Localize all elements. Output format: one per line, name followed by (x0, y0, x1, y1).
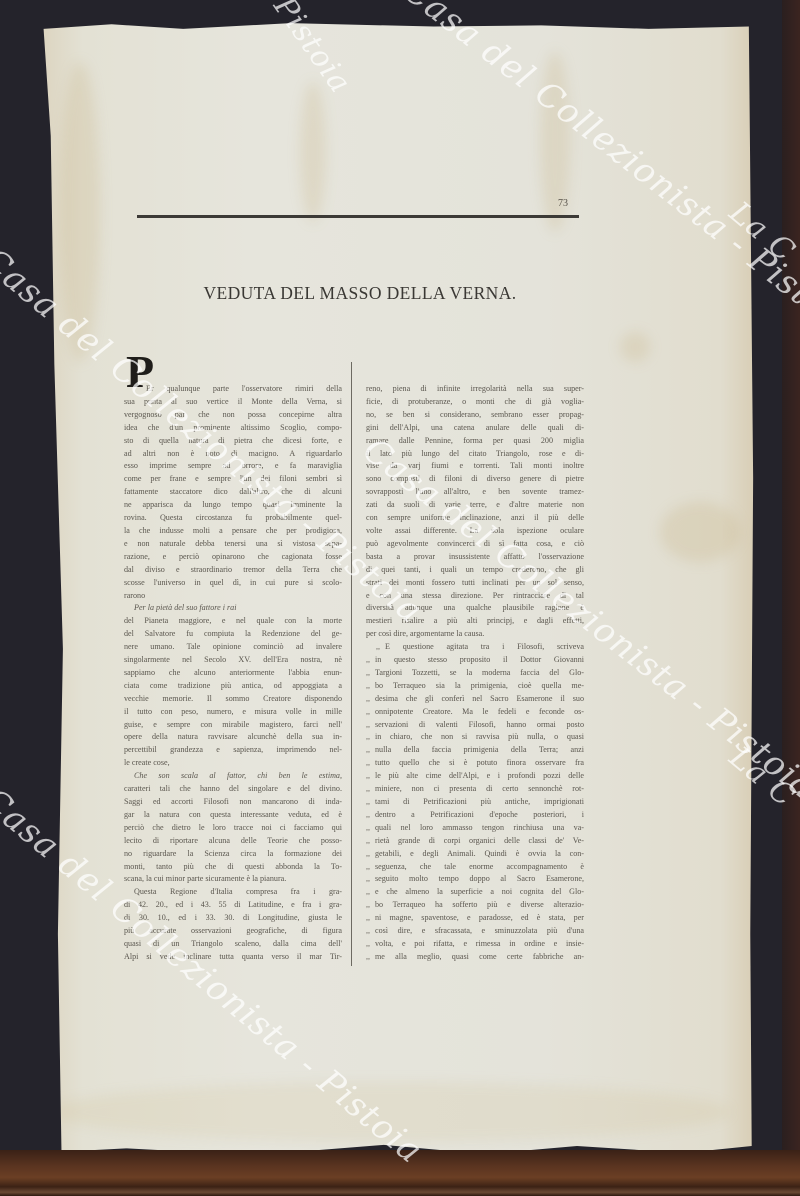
quotation-mark: ,, (366, 951, 375, 964)
text-line: ,,quali nel loro ammasso tengon rinchius… (366, 822, 584, 835)
text-line-content: getabili, e degli Animali. Quindi è ovvi… (375, 849, 584, 858)
text-line-content: caratteri tali che hanno del singolare e… (124, 784, 342, 793)
text-line: può agevolmente convincerci di sì fatta … (366, 538, 584, 551)
text-line: quasi di un Triangolo scaleno, dalla cim… (124, 938, 342, 951)
text-line-content: monti, tanto più che di questi abbonda l… (124, 862, 342, 871)
text-line: ,,bo Terraqueo sia la primigenia, cioè q… (366, 680, 584, 693)
quotation-mark: ,, (366, 731, 375, 744)
quotation-mark: ,, (366, 835, 375, 848)
text-line-content: bo Terraqueo sia la primigenia, cioè que… (375, 681, 584, 690)
text-line: Che son scala al fattor, chi ben le esti… (124, 770, 342, 783)
text-line-content: dal diviso e straordinario tremor della … (124, 565, 342, 574)
quotation-mark: ,, (366, 667, 375, 680)
text-line: ,,ni magne, spaventose, e paradosse, ed … (366, 912, 584, 925)
text-line-content: percettibil grandezza e sapienza, imprim… (124, 745, 342, 754)
text-line: fattamente staccatore dico dall'altro, c… (124, 486, 342, 499)
text-line: Per la pietà del suo fattore i rai (124, 602, 342, 615)
text-line: ficie, di protuberanze, o monti che di g… (366, 396, 584, 409)
text-line-content: Che son scala al fattor, chi ben le esti… (134, 771, 342, 780)
text-line: rarono (124, 590, 342, 603)
text-line: ,,volta, e poi rifatta, e rimessa in ord… (366, 938, 584, 951)
quotation-mark: ,, (366, 719, 375, 732)
text-line-content: rovina. Questa circostanza fu probabilme… (124, 513, 342, 522)
text-line-content: Questa Regione d'Italia compresa fra i g… (134, 887, 342, 896)
page-title: VEDUTA DEL MASSO DELLA VERNA. (130, 283, 590, 304)
text-line: nere umano. Tale opinione cominciò ad in… (124, 641, 342, 654)
left-text-column: Er qualunque parte l'osservatore rimiri … (124, 383, 342, 964)
text-line: Saggi ed accorti Filosofi non mancarono … (124, 796, 342, 809)
text-line-content: onnipotente Creatore. Ma le fedeli e fec… (375, 707, 584, 716)
text-line: ,,seguenza, che tale enorme accompagname… (366, 861, 584, 874)
text-line-content: esso imprime sempre ad orrore, e fa mara… (124, 461, 342, 470)
text-line: ,,dentro a Petrificazioni d'epoche poste… (366, 809, 584, 822)
text-line-content: guise, e sempre con mirabile magistero, … (124, 720, 342, 729)
right-text-column: reno, piena di infinite irregolarità nel… (366, 383, 584, 964)
text-line-content: Targioni Tozzetti, se la moderna faccia … (375, 668, 584, 677)
quotation-mark: ,, (366, 861, 375, 874)
quotation-mark: ,, (366, 770, 375, 783)
text-line-content: il lato più lungo del citato Triangolo, … (366, 449, 584, 458)
text-line: rovina. Questa circostanza fu probabilme… (124, 512, 342, 525)
text-line: ,,servazioni di valenti Filosofi, hanno … (366, 719, 584, 732)
quotation-mark: ,, (366, 809, 375, 822)
text-line-content: me alla meglio, quasi come certe fabbric… (375, 952, 584, 961)
text-line-content: e che almeno la superficie a noi cognita… (375, 887, 584, 896)
text-line: ,,in chiaro, che non si ravvisa più null… (366, 731, 584, 744)
text-line-content: lecito di riportare alcuna delle Teorie … (124, 836, 342, 845)
text-line: ,,nulla della faccia primigenia della Te… (366, 744, 584, 757)
text-line: scana, la cui minor parte sicuramente è … (124, 873, 342, 886)
text-line: del Pianeta maggiore, e nel quale con la… (124, 615, 342, 628)
text-line-content: rarono (124, 591, 145, 600)
text-line: di quei tanti, i quali un tempo crederon… (366, 564, 584, 577)
text-line: sto di quella natura di pietra che dices… (124, 435, 342, 448)
text-line: ad altri non è noto di macigno. A riguar… (124, 448, 342, 461)
text-line-content: miniere, non ci presenta di certo sennon… (375, 784, 584, 793)
text-line: le create cose, (124, 757, 342, 770)
text-line-content: idea che d'un prominente altissimo Scogl… (124, 423, 342, 432)
text-line-content: fattamente staccatore dico dall'altro, c… (124, 487, 342, 496)
text-line-content: no, se ben si considerano, sembrano esse… (366, 410, 584, 419)
quotation-mark: ,, (366, 848, 375, 861)
text-line: razione, e perciò opinarono che cagionat… (124, 551, 342, 564)
text-line-content: perciò che dietro le loro tracce noi ci … (124, 823, 342, 832)
text-line: ,,desima che gli conferì nel Sacro Esame… (366, 693, 584, 706)
text-line-content: la che indusse molti a pensare che per p… (124, 526, 342, 535)
text-line-content: ciata come tradizione più antica, od app… (124, 681, 342, 690)
text-line: idea che d'un prominente altissimo Scogl… (124, 422, 342, 435)
text-line-content: gini dell'Alpi, una catena anulare delle… (366, 423, 584, 432)
text-line: per così dire, argomentarne la causa. (366, 628, 584, 641)
page-content: 73 VEDUTA DEL MASSO DELLA VERNA. P Er qu… (0, 0, 800, 1196)
text-line-content: sto di quella natura di pietra che dices… (124, 436, 342, 445)
text-line-content: Per la pietà del suo fattore i rai (134, 603, 236, 612)
quotation-mark: ,, (366, 822, 375, 835)
quotation-mark: ,, (366, 757, 375, 770)
text-line-content: ad altri non è noto di macigno. A riguar… (124, 449, 342, 458)
text-line: mestieri risalire a più alti principj, e… (366, 615, 584, 628)
text-line: la che indusse molti a pensare che per p… (124, 525, 342, 538)
text-line: e con una stessa direzione. Per rintracc… (366, 590, 584, 603)
text-line-content: scosse l'universo in quel dì, in cui pur… (124, 578, 342, 587)
text-line-content: opere della natura ravvisare alcunchè de… (124, 732, 342, 741)
text-line: esso imprime sempre ad orrore, e fa mara… (124, 460, 342, 473)
text-line: più accurate osservazioni geografiche, d… (124, 925, 342, 938)
text-line-content: così dire, e sfracassata, e sminuzzolata… (375, 926, 584, 935)
text-line-content: servazioni di valenti Filosofi, hanno or… (375, 720, 584, 729)
text-line-content: bo Terraqueo ha sofferto più e diverse a… (375, 900, 584, 909)
header-rule (137, 215, 579, 218)
text-line-content: singolarmente nel Secolo XV. dell'Era no… (124, 655, 342, 664)
text-line: caratteri tali che hanno del singolare e… (124, 783, 342, 796)
text-line: ,,getabili, e degli Animali. Quindi è ov… (366, 848, 584, 861)
text-line: ,,le più alte cime dell'Alpi, e i profon… (366, 770, 584, 783)
text-line: singolarmente nel Secolo XV. dell'Era no… (124, 654, 342, 667)
text-line: dal diviso e straordinario tremor della … (124, 564, 342, 577)
text-line-content: per così dire, argomentarne la causa. (366, 629, 484, 638)
text-line: reno, piena di infinite irregolarità nel… (366, 383, 584, 396)
text-line: sua punta al suo vertice il Monte della … (124, 396, 342, 409)
quotation-mark: ,, (366, 873, 375, 886)
text-line: ,,E questione agitata tra i Filosofi, sc… (366, 641, 584, 654)
text-line-content: vise da varj fiumi e torrenti. Tali mont… (366, 461, 584, 470)
text-line-content: volte assai differente. La sola ispezion… (366, 526, 584, 535)
text-line-content: tutto quello che si è potuto finora osse… (375, 758, 584, 767)
text-line: scosse l'universo in quel dì, in cui pur… (124, 577, 342, 590)
text-line: con sempre uniforme inclinazione, anzi i… (366, 512, 584, 525)
text-line-content: seguenza, che tale enorme accompagnament… (375, 862, 584, 871)
text-line: sappiamo che alcuno anteriormente l'abbi… (124, 667, 342, 680)
text-line-content: diversità adunque una qualche plausibile… (366, 603, 584, 612)
text-line-content: ne apparisca da lungo tempo quasi immine… (124, 500, 342, 509)
text-line-content: Er qualunque parte l'osservatore rimiri … (146, 384, 342, 393)
text-line-content: ni magne, spaventose, e paradosse, ed è … (375, 913, 584, 922)
text-line: sovrapposti l'uno all'altro, e ben soven… (366, 486, 584, 499)
text-line: del Salvatore fu compiuta la Redenzione … (124, 628, 342, 641)
text-line-content: gar la natura con questa interessante ve… (124, 810, 342, 819)
text-line-content: il tutto con peso, numero, e misura voll… (124, 707, 342, 716)
text-line: opere della natura ravvisare alcunchè de… (124, 731, 342, 744)
text-line: no, se ben si considerano, sembrano esse… (366, 409, 584, 422)
text-line: ,,tami di Petrificazioni più antiche, im… (366, 796, 584, 809)
text-line: zati da suoli di varie terre, e d'altre … (366, 499, 584, 512)
text-line: ramare dalle Pennine, forma per quasi 20… (366, 435, 584, 448)
quotation-mark: ,, (366, 783, 375, 796)
text-line: basta a provar insussistente affatto l'o… (366, 551, 584, 564)
text-line-content: sovrapposti l'uno all'altro, e ben soven… (366, 487, 584, 496)
text-line-content: del Salvatore fu compiuta la Redenzione … (124, 629, 342, 638)
quotation-mark: ,, (376, 641, 385, 654)
text-line-content: in questo stesso proposito il Dottor Gio… (375, 655, 584, 664)
text-line: Er qualunque parte l'osservatore rimiri … (124, 383, 342, 396)
text-line-content: di quei tanti, i quali un tempo crederon… (366, 565, 584, 574)
text-line: ,,me alla meglio, quasi come certe fabbr… (366, 951, 584, 964)
text-line: e non naturale debba tenersi una sì vist… (124, 538, 342, 551)
text-line: ,,seguito molto tempo doppo al Sacro Esa… (366, 873, 584, 886)
text-line-content: razione, e perciò opinarono che cagionat… (124, 552, 342, 561)
text-line-content: mestieri risalire a più alti principj, e… (366, 616, 584, 625)
quotation-mark: ,, (366, 899, 375, 912)
text-line: no riguardare la Scienza circa la formaz… (124, 848, 342, 861)
text-line: gini dell'Alpi, una catena anulare delle… (366, 422, 584, 435)
text-line-content: no riguardare la Scienza circa la formaz… (124, 849, 342, 858)
text-line: strati dei monti fossero tutti inclinati… (366, 577, 584, 590)
quotation-mark: ,, (366, 925, 375, 938)
column-divider (351, 362, 352, 966)
text-line-content: Alpi si vede inclinare tutta quanta vers… (124, 952, 342, 961)
quotation-mark: ,, (366, 796, 375, 809)
quotation-mark: ,, (366, 706, 375, 719)
text-line-content: sono composti di filoni di diverso gener… (366, 474, 584, 483)
text-line: lecito di riportare alcuna delle Teorie … (124, 835, 342, 848)
quotation-mark: ,, (366, 938, 375, 951)
text-line-content: le più alte cime dell'Alpi, e i profondi… (375, 771, 584, 780)
text-line-content: E questione agitata tra i Filosofi, scri… (385, 642, 584, 651)
text-line-content: le create cose, (124, 758, 170, 767)
text-line: di 42. 20., ed i 43. 55 di Latitudine, e… (124, 899, 342, 912)
text-line: ,,così dire, e sfracassata, e sminuzzola… (366, 925, 584, 938)
text-line: il tutto con peso, numero, e misura voll… (124, 706, 342, 719)
text-line: volte assai differente. La sola ispezion… (366, 525, 584, 538)
quotation-mark: ,, (366, 680, 375, 693)
quotation-mark: ,, (366, 654, 375, 667)
text-line: diversità adunque una qualche plausibile… (366, 602, 584, 615)
text-line: Questa Regione d'Italia compresa fra i g… (124, 886, 342, 899)
text-line-content: ramare dalle Pennine, forma per quasi 20… (366, 436, 584, 445)
text-line: vecchie memorie. Il sommo Creatore dispo… (124, 693, 342, 706)
text-line: ,,onnipotente Creatore. Ma le fedeli e f… (366, 706, 584, 719)
text-line: vise da varj fiumi e torrenti. Tali mont… (366, 460, 584, 473)
text-line-content: nere umano. Tale opinione cominciò ad in… (124, 642, 342, 651)
page-number: 73 (558, 198, 568, 209)
text-line: ,,bo Terraqueo ha sofferto più e diverse… (366, 899, 584, 912)
text-line-content: strati dei monti fossero tutti inclinati… (366, 578, 584, 587)
text-line-content: in chiaro, che non si ravvisa più nulla,… (375, 732, 584, 741)
text-line-content: Saggi ed accorti Filosofi non mancarono … (124, 797, 342, 806)
text-line-content: vecchie memorie. Il sommo Creatore dispo… (124, 694, 342, 703)
text-line: il lato più lungo del citato Triangolo, … (366, 448, 584, 461)
text-line-content: del Pianeta maggiore, e nel quale con la… (124, 616, 342, 625)
text-line: ,,e che almeno la superficie a noi cogni… (366, 886, 584, 899)
text-line: perciò che dietro le loro tracce noi ci … (124, 822, 342, 835)
quotation-mark: ,, (366, 744, 375, 757)
text-line-content: con sempre uniforme inclinazione, anzi i… (366, 513, 584, 522)
text-line-content: dentro a Petrificazioni d'epoche posteri… (375, 810, 584, 819)
text-line: vergognoso par che non possa concepirne … (124, 409, 342, 422)
text-line: di 30. 10., ed i 33. 30. di Longitudine,… (124, 912, 342, 925)
text-line-content: basta a provar insussistente affatto l'o… (366, 552, 584, 561)
text-line: ,,Targioni Tozzetti, se la moderna facci… (366, 667, 584, 680)
text-line-content: può agevolmente convincerci di sì fatta … (366, 539, 584, 548)
text-line: ,,tutto quello che si è potuto finora os… (366, 757, 584, 770)
text-line-content: come per frane e sempre l'un dei filoni … (124, 474, 342, 483)
text-line-content: scana, la cui minor parte sicuramente è … (124, 874, 286, 883)
text-line-content: rietà grande di corpi organici delle cla… (375, 836, 584, 845)
text-line-content: ficie, di protuberanze, o monti che di g… (366, 397, 584, 406)
text-line: sono composti di filoni di diverso gener… (366, 473, 584, 486)
text-line: come per frane e sempre l'un dei filoni … (124, 473, 342, 486)
text-line: guise, e sempre con mirabile magistero, … (124, 719, 342, 732)
text-line-content: tami di Petrificazioni più antiche, impr… (375, 797, 584, 806)
text-line-content: sappiamo che alcuno anteriormente l'abbi… (124, 668, 342, 677)
text-line-content: quasi di un Triangolo scaleno, dalla cim… (124, 939, 342, 948)
text-line: gar la natura con questa interessante ve… (124, 809, 342, 822)
text-line-content: seguito molto tempo doppo al Sacro Esame… (375, 874, 584, 883)
text-line-content: di 30. 10., ed i 33. 30. di Longitudine,… (124, 913, 342, 922)
text-line: ne apparisca da lungo tempo quasi immine… (124, 499, 342, 512)
quotation-mark: ,, (366, 912, 375, 925)
text-line-content: volta, e poi rifatta, e rimessa in ordin… (375, 939, 584, 948)
text-line-content: vergognoso par che non possa concepirne … (124, 410, 342, 419)
text-line: monti, tanto più che di questi abbonda l… (124, 861, 342, 874)
text-line-content: zati da suoli di varie terre, e d'altre … (366, 500, 584, 509)
text-line-content: nulla della faccia primigenia della Terr… (375, 745, 584, 754)
text-line-content: di 42. 20., ed i 43. 55 di Latitudine, e… (124, 900, 342, 909)
text-line-content: quali nel loro ammasso tengon rinchiusa … (375, 823, 584, 832)
text-line-content: reno, piena di infinite irregolarità nel… (366, 384, 584, 393)
text-line: ,,in questo stesso proposito il Dottor G… (366, 654, 584, 667)
text-line-content: e con una stessa direzione. Per rintracc… (366, 591, 584, 600)
text-line-content: più accurate osservazioni geografiche, d… (124, 926, 342, 935)
text-line-content: desima che gli conferì nel Sacro Esamero… (375, 694, 584, 703)
text-line: ,,miniere, non ci presenta di certo senn… (366, 783, 584, 796)
text-line: percettibil grandezza e sapienza, imprim… (124, 744, 342, 757)
text-line-content: e non naturale debba tenersi una sì vist… (124, 539, 342, 548)
text-line: Alpi si vede inclinare tutta quanta vers… (124, 951, 342, 964)
text-line-content: sua punta al suo vertice il Monte della … (124, 397, 342, 406)
quotation-mark: ,, (366, 886, 375, 899)
text-line: ,,rietà grande di corpi organici delle c… (366, 835, 584, 848)
quotation-mark: ,, (366, 693, 375, 706)
text-line: ciata come tradizione più antica, od app… (124, 680, 342, 693)
